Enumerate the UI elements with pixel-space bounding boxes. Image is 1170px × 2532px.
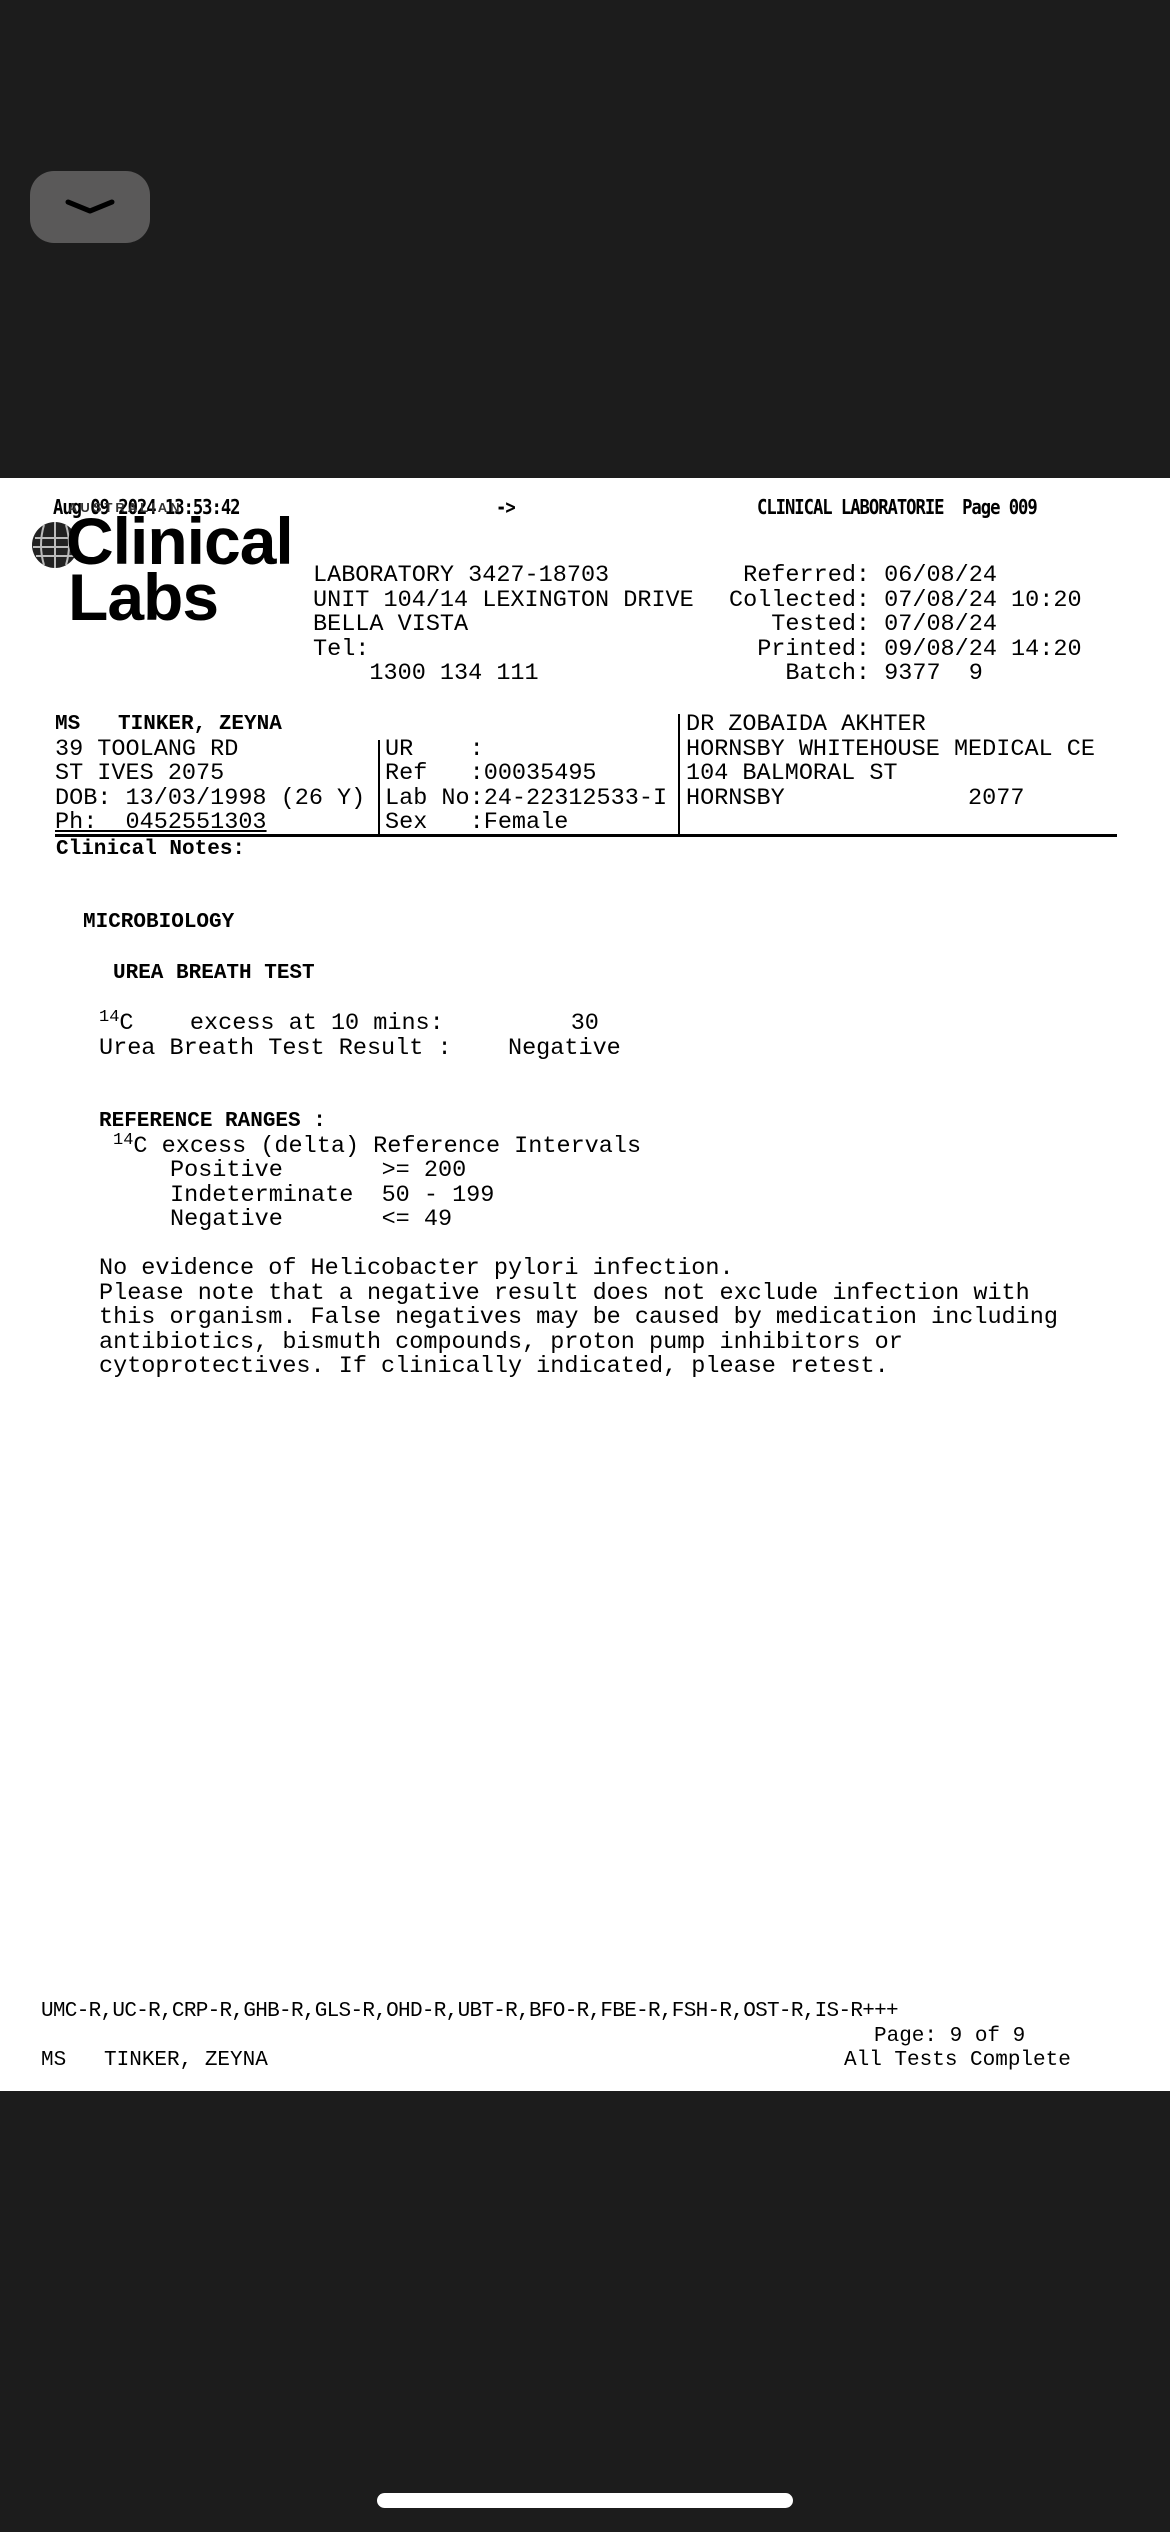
collapse-button[interactable] bbox=[30, 171, 150, 243]
footer-status: All Tests Complete bbox=[844, 2049, 1071, 2074]
ur-field: UR : bbox=[385, 738, 484, 763]
arrow-indicator: -> bbox=[496, 495, 515, 519]
date-row-tested: Tested: 07/08/24 bbox=[729, 613, 997, 638]
ref-field: Ref :00035495 bbox=[385, 762, 597, 787]
sex-field: Sex :Female bbox=[385, 811, 568, 836]
column-divider bbox=[678, 714, 680, 836]
patient-address1: 39 TOOLANG RD bbox=[55, 738, 238, 763]
patient-name: MS TINKER, ZEYNA bbox=[55, 713, 282, 738]
chevron-down-icon bbox=[62, 197, 118, 217]
doctor-suburb: HORNSBY 2077 bbox=[686, 787, 1024, 812]
header-divider bbox=[55, 834, 1117, 837]
patient-phone: Ph: 0452551303 bbox=[55, 811, 267, 836]
doctor-street: 104 BALMORAL ST bbox=[686, 762, 898, 787]
footer-patient-name: MS TINKER, ZEYNA bbox=[41, 2049, 268, 2074]
lab-number-field: Lab No:24-22312533-I bbox=[385, 787, 667, 812]
logo-line2: Labs bbox=[68, 564, 218, 630]
clinical-labs-logo: AUSTRALIAN Clinical Labs bbox=[28, 500, 308, 630]
footer-page-number: Page: 9 of 9 bbox=[874, 2025, 1025, 2050]
patient-address2: ST IVES 2075 bbox=[55, 762, 224, 787]
test-heading: UREA BREATH TEST bbox=[113, 962, 315, 987]
reference-ranges-title: REFERENCE RANGES : bbox=[99, 1110, 326, 1135]
home-indicator[interactable] bbox=[377, 2493, 793, 2508]
comment-line: cytoprotectives. If clinically indicated… bbox=[99, 1355, 889, 1380]
reference-row: Indeterminate 50 - 199 bbox=[170, 1184, 494, 1209]
section-heading: MICROBIOLOGY bbox=[83, 911, 234, 936]
reference-header: 14C excess (delta) Reference Intervals bbox=[113, 1135, 641, 1160]
clinical-notes-label: Clinical Notes: bbox=[56, 838, 245, 863]
footer-test-codes: UMC-R,UC-R,CRP-R,GHB-R,GLS-R,OHD-R,UBT-R… bbox=[41, 2000, 898, 2025]
lab-address-line: BELLA VISTA bbox=[313, 613, 468, 638]
date-row-printed: Printed: 09/08/24 14:20 bbox=[729, 638, 1082, 663]
lab-page-header: CLINICAL LABORATORIE Page 009 bbox=[757, 495, 1037, 519]
lab-report-page: Aug 09 2024 13:53:42 -> CLINICAL LABORAT… bbox=[0, 478, 1170, 2091]
lab-address-line: LABORATORY 3427-18703 bbox=[313, 564, 609, 589]
column-divider bbox=[378, 740, 380, 836]
excess-result-row: 14C excess at 10 mins: 30 bbox=[99, 1012, 599, 1037]
doctor-name: DR ZOBAIDA AKHTER bbox=[686, 713, 926, 738]
lab-address-line: 1300 134 111 bbox=[313, 662, 539, 687]
date-row-referred: Referred: 06/08/24 bbox=[729, 564, 997, 589]
lab-address-line: Tel: bbox=[313, 638, 369, 663]
ubt-result-value: Negative bbox=[508, 1035, 621, 1062]
date-row-collected: Collected: 07/08/24 10:20 bbox=[729, 589, 1082, 614]
doctor-practice: HORNSBY WHITEHOUSE MEDICAL CE bbox=[686, 738, 1095, 763]
comment-line: this organism. False negatives may be ca… bbox=[99, 1306, 1058, 1331]
ubt-result-row: Urea Breath Test Result : Negative bbox=[99, 1037, 621, 1062]
excess-value: 30 bbox=[571, 1010, 599, 1037]
comment-line: Please note that a negative result does … bbox=[99, 1282, 1030, 1307]
patient-dob: DOB: 13/03/1998 (26 Y) bbox=[55, 787, 365, 812]
comment-line: No evidence of Helicobacter pylori infec… bbox=[99, 1257, 734, 1282]
reference-row: Positive >= 200 bbox=[170, 1159, 466, 1184]
date-row-batch: Batch: 9377 9 bbox=[729, 662, 983, 687]
lab-address-line: UNIT 104/14 LEXINGTON DRIVE bbox=[313, 589, 694, 614]
comment-line: antibiotics, bismuth compounds, proton p… bbox=[99, 1331, 903, 1356]
reference-row: Negative <= 49 bbox=[170, 1208, 452, 1233]
